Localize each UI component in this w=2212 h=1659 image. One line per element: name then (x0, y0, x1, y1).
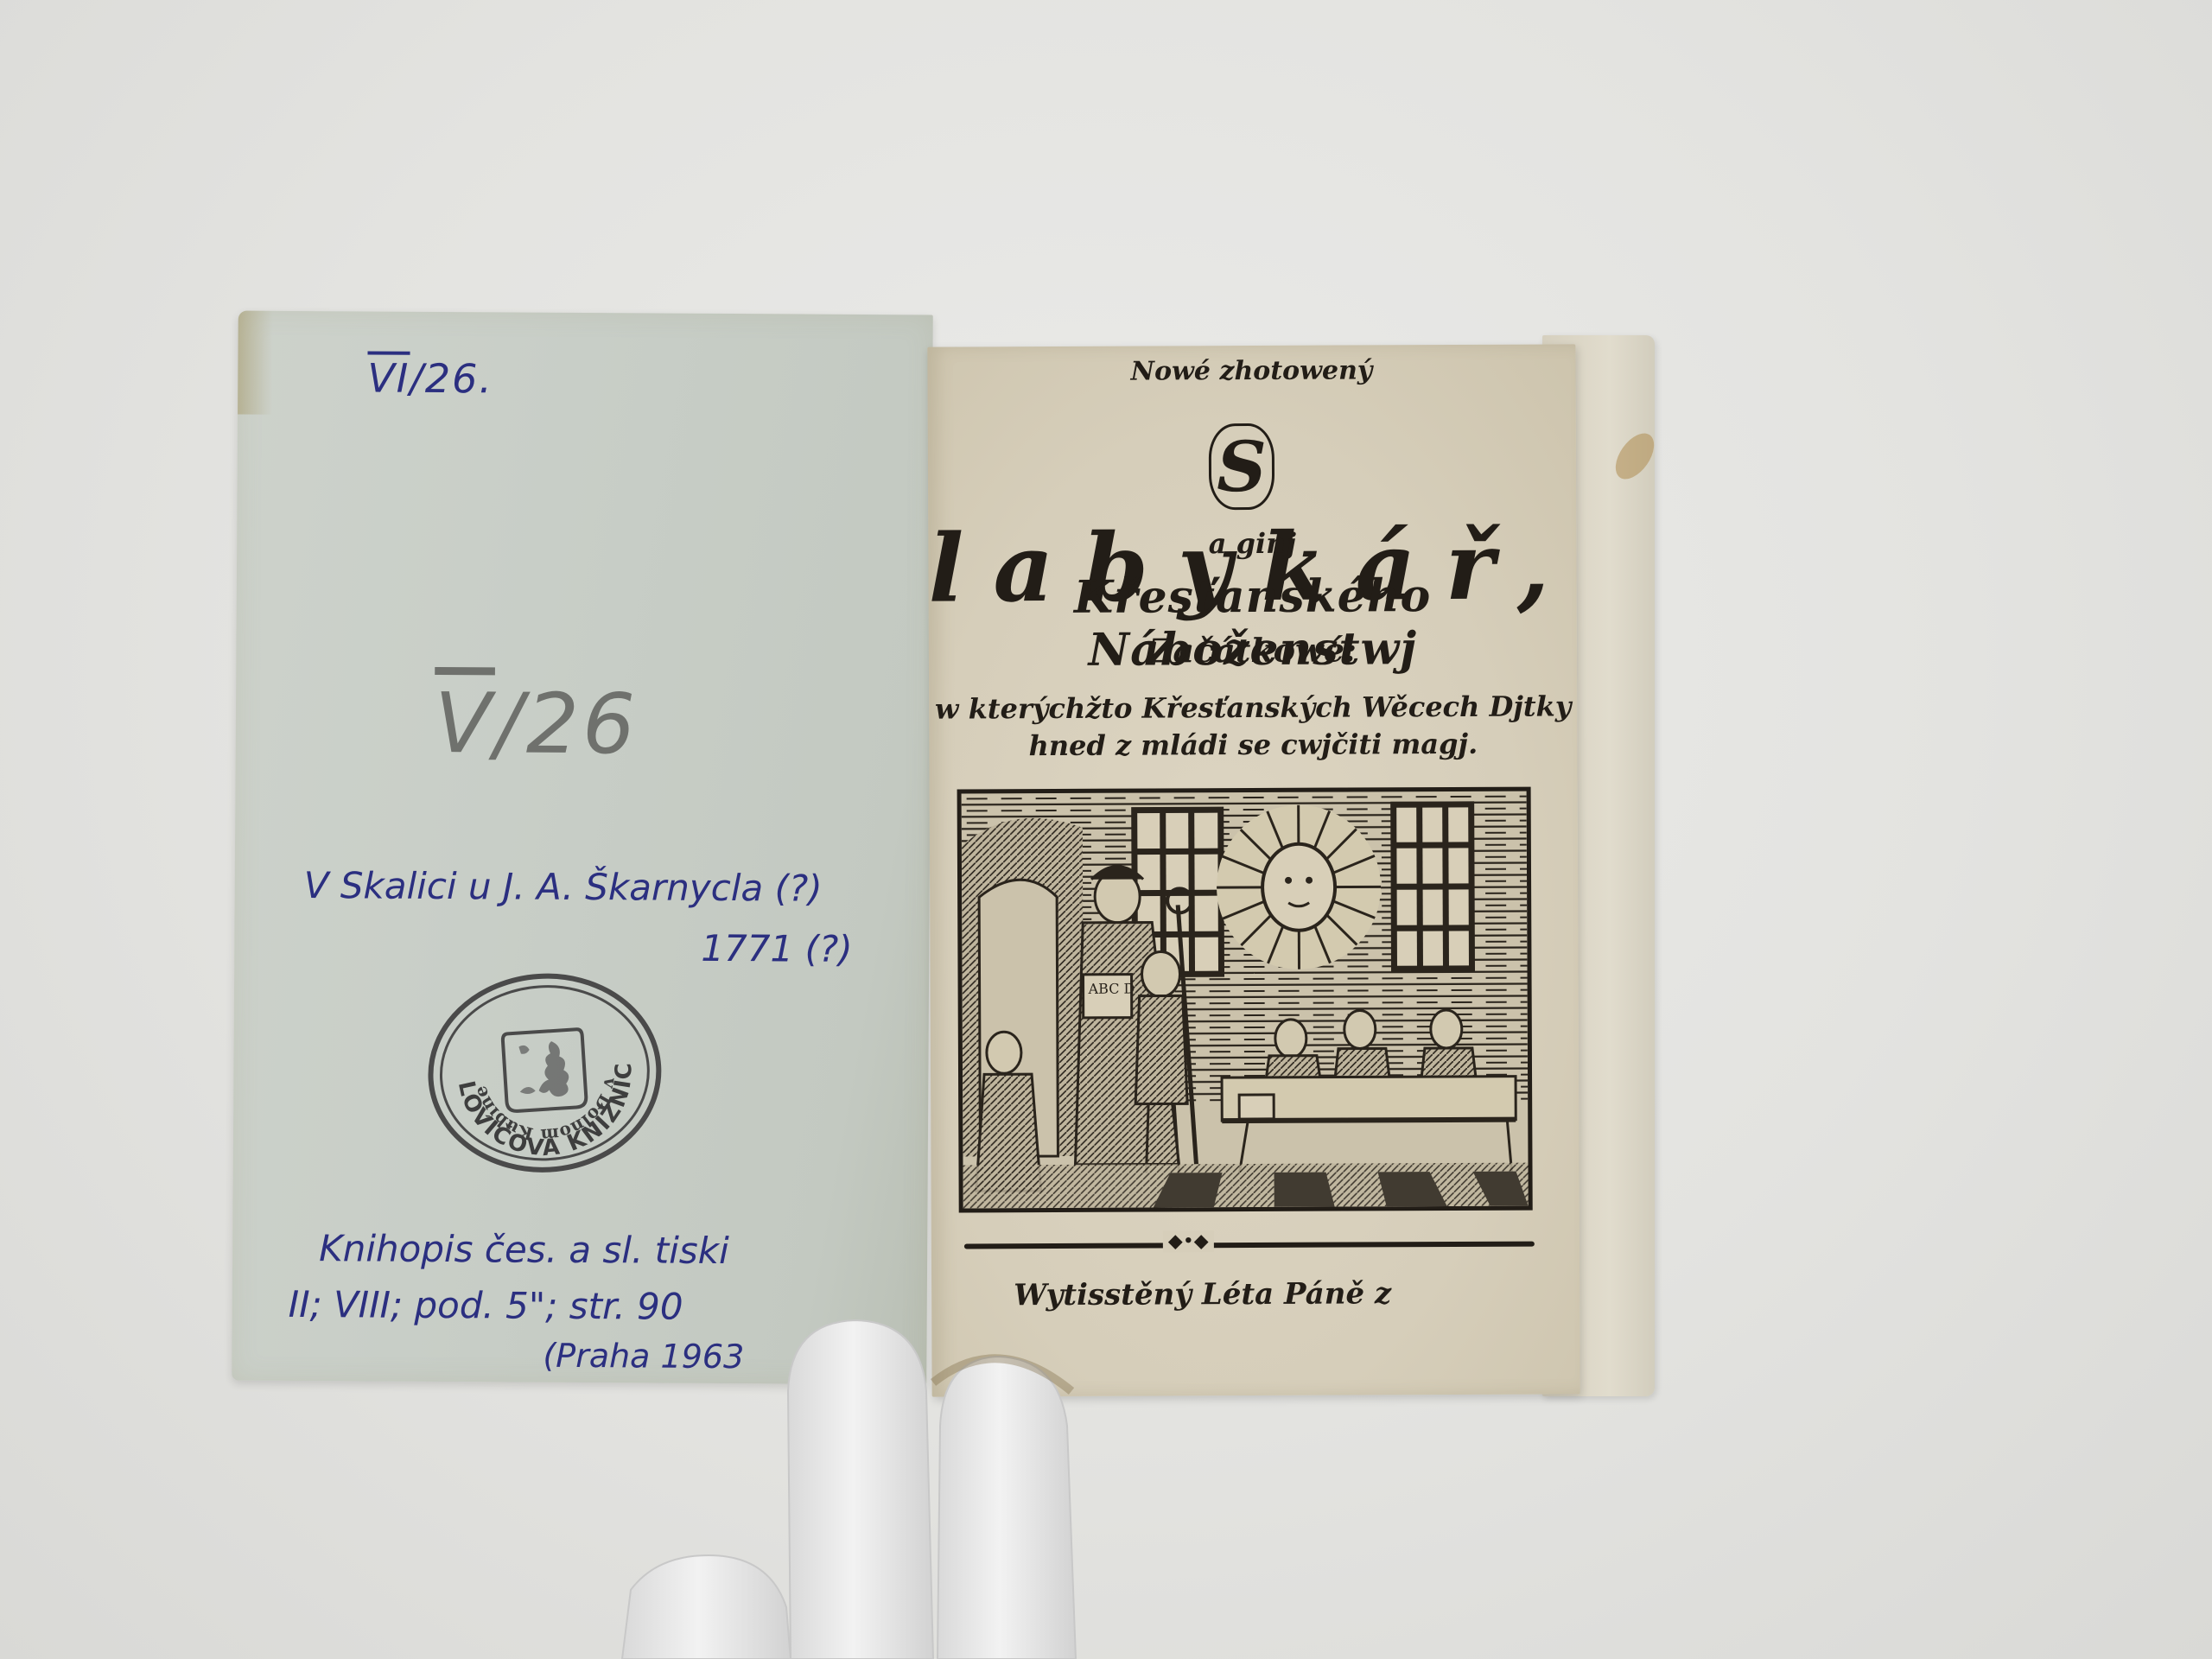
title-page-line-5: Začátkowé: (929, 629, 1577, 671)
bibliography-note-line-1: Knihopis čes. a sl. tiski (319, 1227, 729, 1272)
bibliography-note-line-3: (Praha 1963 (543, 1337, 744, 1376)
decorated-initial: S (1209, 423, 1274, 510)
title-page-subtitle-top: Nowé zhotowený (927, 354, 1575, 387)
shelfmark-ink-roman: VI (367, 354, 410, 401)
shelfmark-ink-number: /26. (410, 355, 493, 403)
title-page-line-3: a ginj (928, 525, 1576, 561)
lion-shield-icon (502, 1029, 587, 1112)
checkered-floor (963, 1163, 1528, 1209)
bibliography-note-line-2: II; VIII; pod. 5"; str. 90 (289, 1283, 683, 1328)
handwritten-imprint-note: V Skalici u J. A. Škarnycla (?) (304, 864, 823, 910)
schoolroom-woodcut-icon: ABC D (962, 791, 1529, 1209)
svg-text:ABC D: ABC D (1088, 981, 1135, 997)
title-page-line-6: w kterýchžto Křesťanských Wěcech Djtky (929, 690, 1577, 725)
title-page: Nowé zhotowený Slabykář, a ginj Křesťans… (927, 344, 1580, 1396)
shelfmark-ink: VI/26. (367, 354, 493, 402)
title-page-line-7: hned z mládi se cwjčiti magj. (929, 727, 1577, 762)
shelfmark-pencil: V/26 (435, 675, 639, 772)
shelfmark-pencil-roman: V (435, 675, 495, 772)
library-stamp-icon: ČAPLOVIČOVA KNIŽNICA • v Dolnom Kubíne (417, 962, 672, 1184)
library-stamp: ČAPLOVIČOVA KNIŽNICA • v Dolnom Kubíne (417, 962, 672, 1184)
title-page-imprint: Wytisstěný Léta Páně z (1014, 1276, 1391, 1313)
left-pastedown-page: VI/26. V/26 V Skalici u J. A. Škarnycla … (232, 311, 933, 1385)
handwritten-imprint-year: 1771 (?) (701, 927, 853, 970)
foxing-stain (1608, 427, 1662, 486)
ornamental-rule (964, 1242, 1535, 1249)
shelfmark-pencil-number: /26 (494, 675, 639, 772)
radiant-sun-icon (1217, 804, 1382, 969)
woodcut-illustration: ABC D (957, 787, 1533, 1213)
